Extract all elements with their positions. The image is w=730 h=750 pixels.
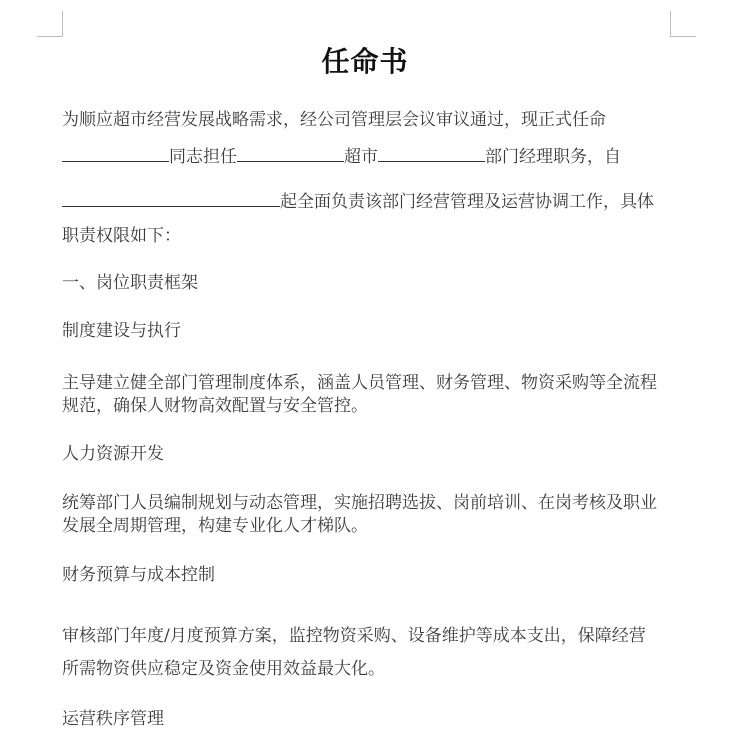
intro-text-store: 超市 xyxy=(344,147,378,167)
section-heading-finance: 财务预算与成本控制 xyxy=(62,563,215,587)
document-title: 任命书 xyxy=(0,40,730,80)
store-blank-field[interactable] xyxy=(237,143,344,162)
intro-line-3: 起全面负责该部门经营管理及运营协调工作，具体 xyxy=(62,188,654,214)
section-body-hr-2: 发展全周期管理，构建专业化人才梯队。 xyxy=(62,514,368,538)
intro-text-position: 部门经理职务，自 xyxy=(485,147,621,167)
intro-line-1: 为顺应超市经营发展战略需求，经公司管理层会议审议通过，现正式任命 xyxy=(62,108,606,132)
section-heading-system: 制度建设与执行 xyxy=(62,319,181,343)
section-body-finance-2: 所需物资供应稳定及资金使用效益最大化。 xyxy=(62,657,385,681)
department-blank-field[interactable] xyxy=(378,143,485,162)
section-body-system-2: 规范，确保人财物高效配置与安全管控。 xyxy=(62,394,368,418)
section-heading-operations: 运营秩序管理 xyxy=(62,707,164,731)
section-heading-hr: 人力资源开发 xyxy=(62,442,164,466)
intro-line-2: 同志担任超市部门经理职务，自 xyxy=(62,143,621,169)
intro-text-comrade: 同志担任 xyxy=(169,147,237,167)
page-corner-mark-left xyxy=(37,11,63,37)
section-body-hr-1: 统筹部门人员编制规划与动态管理，实施招聘选拔、岗前培训、在岗考核及职业 xyxy=(62,491,657,515)
intro-line-4: 职责权限如下： xyxy=(62,224,181,248)
section-body-finance-1: 审核部门年度/月度预算方案，监控物资采购、设备维护等成本支出，保障经营 xyxy=(62,624,646,648)
section-body-system-1: 主导建立健全部门管理制度体系，涵盖人员管理、财务管理、物资采购等全流程 xyxy=(62,371,657,395)
section-heading-framework: 一、岗位职责框架 xyxy=(62,271,198,295)
date-blank-field[interactable] xyxy=(62,188,280,207)
name-blank-field[interactable] xyxy=(62,143,169,162)
intro-text-responsibility: 起全面负责该部门经营管理及运营协调工作，具体 xyxy=(280,192,654,212)
page-corner-mark-right xyxy=(670,11,696,37)
